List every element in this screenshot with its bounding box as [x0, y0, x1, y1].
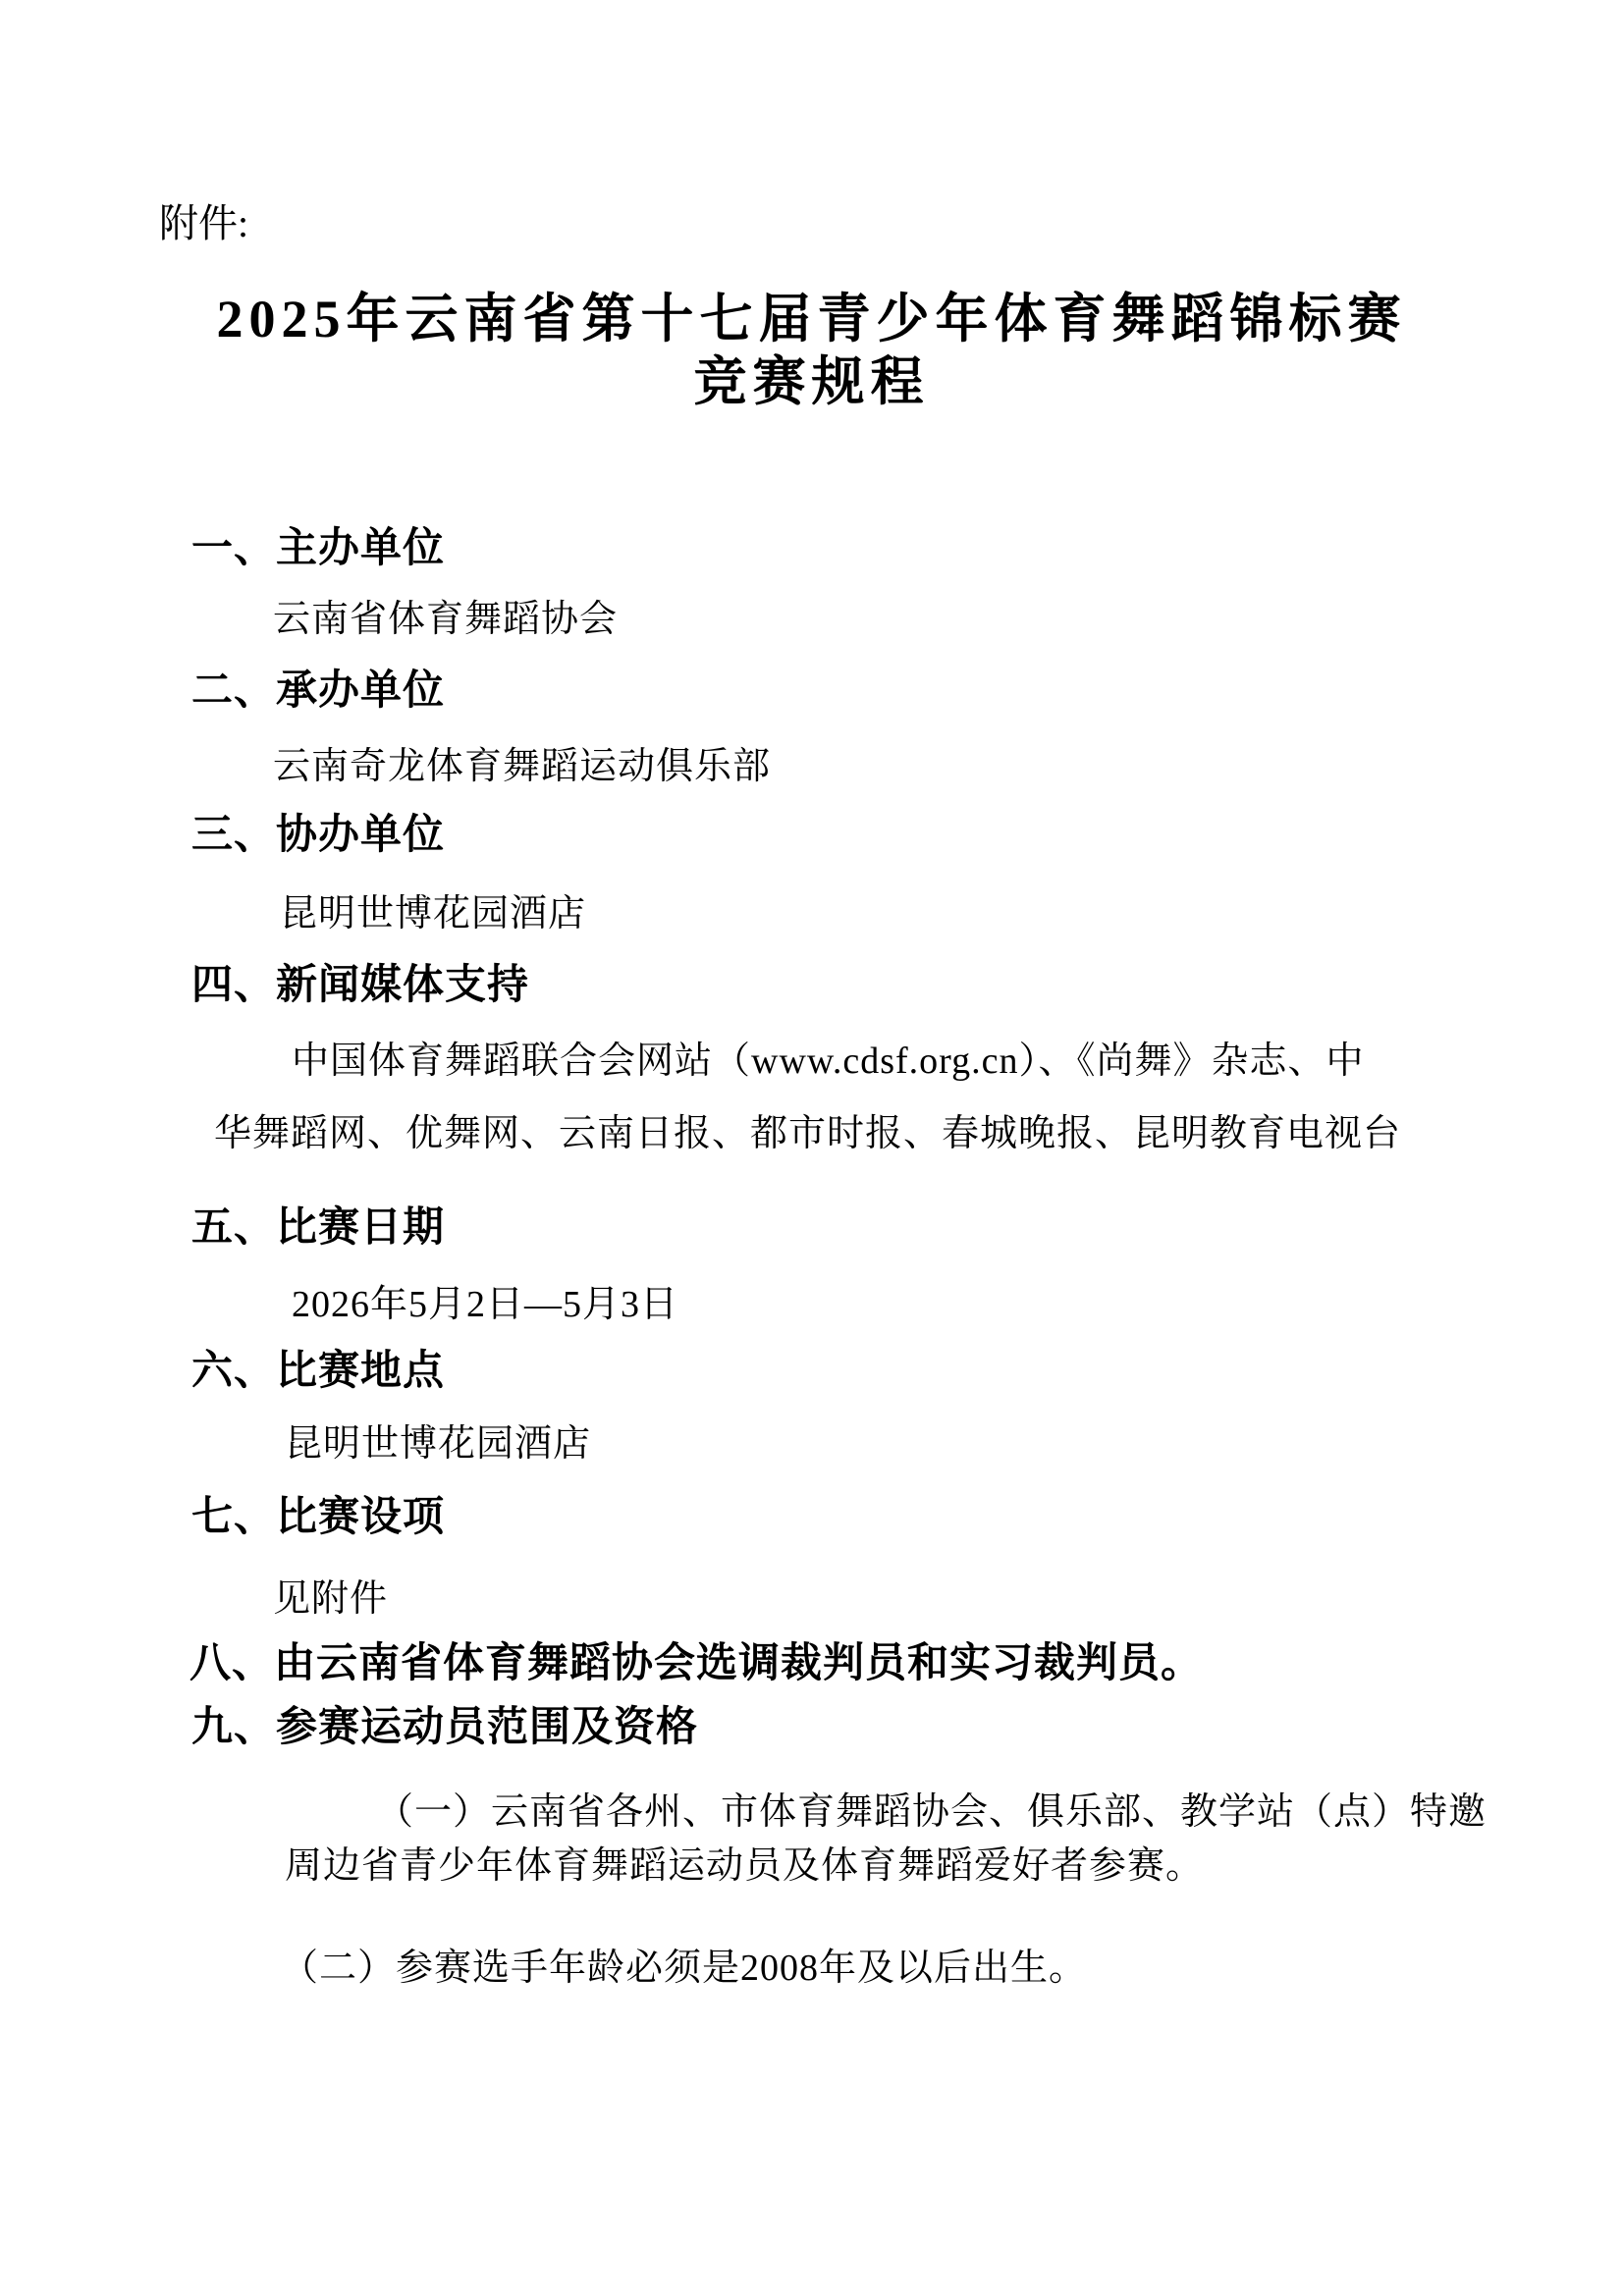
section-heading-judges: 八、由云南省体育舞蹈协会选调裁判员和实习裁判员。: [189, 1639, 1203, 1686]
section-body-media-line2: 华舞蹈网、优舞网、云南日报、都市时报、春城晚报、昆明教育电视台: [214, 1113, 1401, 1156]
section-heading-organizer: 二、承办单位: [191, 667, 445, 714]
section-body-competition-venue: 昆明世博花园酒店: [285, 1423, 591, 1467]
clause-1-line1: （一）云南省各州、市体育舞蹈协会、俱乐部、教学站（点）特邀: [376, 1791, 1487, 1835]
attachment-label: 附件:: [159, 201, 248, 246]
section-body-media-line1: 中国体育舞蹈联合会网站（www.cdsf.org.cn）、《尚舞》杂志、中: [292, 1041, 1365, 1084]
section-body-competition-date: 2026年5月2日—5月3日: [292, 1284, 678, 1327]
section-heading-competition-venue: 六、比赛地点: [191, 1347, 445, 1394]
clause-1-line2: 周边省青少年体育舞蹈运动员及体育舞蹈爱好者参赛。: [285, 1845, 1204, 1889]
section-heading-competition-events: 七、比赛设项: [191, 1493, 445, 1540]
section-heading-eligibility: 九、参赛运动员范围及资格: [191, 1703, 698, 1750]
section-body-co-organizer: 昆明世博花园酒店: [280, 893, 586, 936]
section-body-host-unit: 云南省体育舞蹈协会: [273, 599, 618, 642]
document-page: 附件: 2025年云南省第十七届青少年体育舞蹈锦标赛 竞赛规程 一、主办单位 云…: [0, 0, 1623, 2296]
section-heading-media-support: 四、新闻媒体支持: [191, 961, 529, 1008]
section-heading-competition-date: 五、比赛日期: [191, 1203, 445, 1251]
section-body-competition-events: 见附件: [273, 1578, 388, 1622]
section-heading-co-organizer: 三、协办单位: [191, 811, 445, 858]
clause-2-line1: （二）参赛选手年龄必须是2008年及以后出生。: [281, 1948, 1087, 1991]
section-heading-host-unit: 一、主办单位: [191, 524, 445, 571]
document-title-line2: 竞赛规程: [0, 340, 1623, 415]
section-body-organizer: 云南奇龙体育舞蹈运动俱乐部: [273, 746, 771, 789]
